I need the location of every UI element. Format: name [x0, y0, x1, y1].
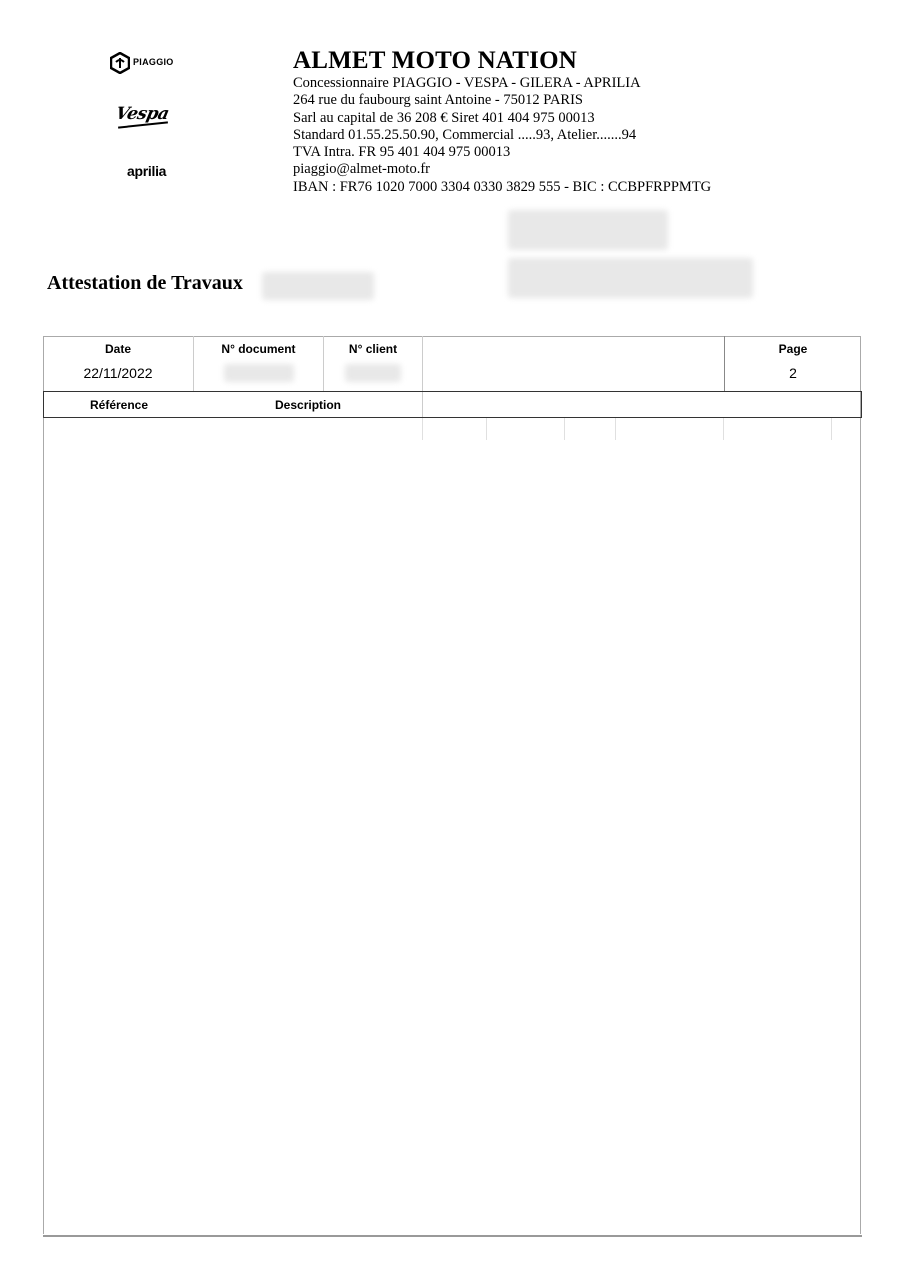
company-header: ALMET MOTO NATION Concessionnaire PIAGGI…	[293, 47, 711, 196]
date-cell: Date 22/11/2022	[43, 336, 194, 392]
company-name: ALMET MOTO NATION	[293, 47, 711, 75]
redacted-client-name	[508, 258, 753, 298]
column-separator	[486, 418, 487, 440]
company-line-capital: Sarl au capital de 36 208 € Siret 401 40…	[293, 110, 711, 127]
document-table	[43, 336, 861, 1234]
company-line-iban: IBAN : FR76 1020 7000 3304 0330 3829 555…	[293, 179, 711, 196]
company-line-email: piaggio@almet-moto.fr	[293, 161, 711, 178]
company-line-dealer: Concessionnaire PIAGGIO - VESPA - GILERA…	[293, 75, 711, 92]
piaggio-wordmark: PIAGGIO	[133, 57, 174, 67]
page-value: 2	[725, 365, 861, 381]
piaggio-hexagon-icon	[110, 52, 128, 72]
document-number-cell: N° document	[194, 336, 324, 392]
column-separator	[422, 418, 423, 440]
column-reference: Référence	[90, 398, 148, 412]
client-number-label: N° client	[324, 342, 422, 356]
document-number-label: N° document	[194, 342, 323, 356]
redacted-document-number-value	[224, 364, 294, 382]
redacted-client-number-value	[345, 364, 401, 382]
column-header-row: Référence Description	[43, 391, 862, 418]
company-line-address: 264 rue du faubourg saint Antoine - 7501…	[293, 92, 711, 109]
piaggio-logo: PIAGGIO	[110, 52, 174, 72]
document-title: Attestation de Travaux	[47, 272, 243, 295]
column-separator	[564, 418, 565, 440]
company-line-vat: TVA Intra. FR 95 401 404 975 00013	[293, 144, 711, 161]
client-number-cell: N° client	[324, 336, 423, 392]
page-cell: Page 2	[725, 336, 861, 392]
date-label: Date	[43, 342, 193, 356]
column-description: Description	[275, 398, 341, 412]
header-info-row: Date 22/11/2022 N° document N° client Pa…	[43, 336, 861, 392]
redacted-document-number	[262, 272, 374, 300]
aprilia-logo: aprilia	[127, 163, 166, 179]
page-label: Page	[725, 342, 861, 356]
date-value: 22/11/2022	[43, 365, 193, 381]
column-separator	[831, 418, 832, 440]
column-separator	[723, 418, 724, 440]
column-divider	[422, 392, 423, 417]
redacted-client-address	[508, 210, 668, 250]
company-line-phone: Standard 01.55.25.50.90, Commercial ....…	[293, 127, 711, 144]
table-bottom-border	[43, 1235, 862, 1237]
empty-header-cell	[423, 336, 725, 392]
column-separator	[615, 418, 616, 440]
